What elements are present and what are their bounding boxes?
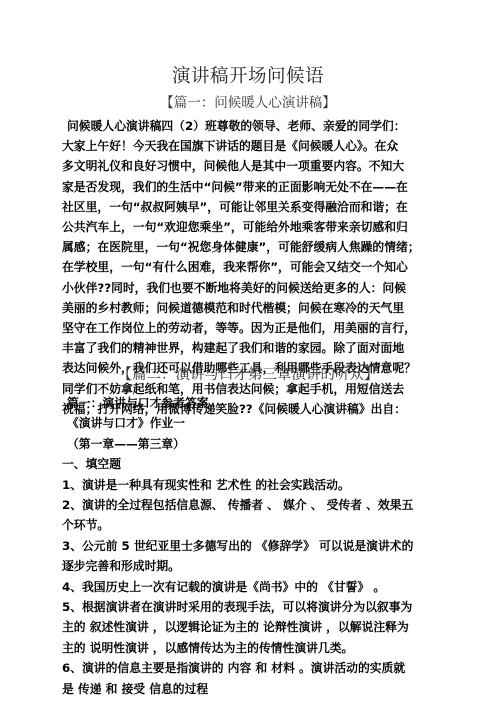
paragraph-line: 大家上午好！今天我在国旗下讲话的题目是《问候暖人心》。在众 [62, 136, 442, 156]
question-line: 个环节。 [62, 515, 442, 535]
document-page: 演讲稿开场问候语 【篇一：问候暖人心演讲稿】 问候暖人心演讲稿四（2）班尊敬的领… [0, 0, 496, 702]
paragraph-line: 公共汽车上，一句“欢迎您乘坐”，可能给外地乘客带来亲切感和归 [62, 217, 442, 237]
subsection-heading: 篇一：演讲与口才参考答案 [62, 393, 442, 413]
question-line: 6、演讲的信息主要是指演讲的 内容 和 材料 。演讲活动的实质就 [62, 658, 442, 678]
question-line: 5、根据演讲者在演讲时采用的表现手法，可以将演讲分为以叙事为 [62, 597, 442, 617]
paragraph-line: 家是否发现，我们的生活中“问候”带来的正面影响无处不在——在 [62, 177, 442, 197]
paragraph-line: 在学校里，一句“有什么困难，我来帮你”，可能会又结交一个知心 [62, 257, 442, 277]
paragraph-line: 小伙伴??同时，我们也要不断地将美好的问候送给更多的人：问候 [62, 278, 442, 298]
question-line: 主的 叙述性演讲 ，以逻辑论证为主的 论辩性演讲 ，以解说注释为 [62, 617, 442, 637]
paragraph-line: 多文明礼仪和良好习惯中，问候他人是其中一项重要内容。不知大 [62, 156, 442, 176]
question-line: 2、演讲的全过程包括信息源、 传播者 、 媒介 、 受传者 、效果五 [62, 495, 442, 515]
question-line: 4、我国历史上一次有记载的演讲是《尚书》中的 《甘誓》 。 [62, 577, 442, 597]
question-line: 是 传递 和 接受 信息的过程 [62, 679, 442, 699]
question-line: 1、演讲是一种具有现实性和 艺术性 的社会实践活动。 [62, 475, 442, 495]
section-heading-2: 【篇二：演讲与口才第三章演讲的听众】 [0, 363, 496, 384]
section-2-body: 篇一：演讲与口才参考答案 《演讲与口才》作业一 （第一章——第三章） 一、填空题… [62, 393, 442, 699]
paragraph-line: 坚守在工作岗位上的劳动者，等等。因为正是他们，用美丽的言行， [62, 318, 442, 338]
question-line: 逐步完善和形成时期。 [62, 556, 442, 576]
question-line: 主的 说明性演讲 ，以感情传达为主的传情性演讲几类。 [62, 638, 442, 658]
subsection-title: 《演讲与口才》作业一 [62, 413, 442, 433]
paragraph-line: 属感；在医院里，一句“祝您身体健康”，可能舒缓病人焦躁的情绪； [62, 237, 442, 257]
paragraph-line: 社区里，一句“叔叔阿姨早”，可能让邻里关系变得融洽而和谐；在 [62, 197, 442, 217]
paragraph-line: 丰富了我们的精神世界，构建起了我们和谐的家园。除了面对面地 [62, 338, 442, 358]
chapter-range: （第一章——第三章） [62, 434, 442, 454]
document-title: 演讲稿开场问候语 [0, 62, 496, 88]
section-heading-1: 【篇一：问候暖人心演讲稿】 [0, 91, 496, 111]
paragraph-line: 美丽的乡村教师；问候道德模范和时代楷模；问候在寒冷的天气里 [62, 298, 442, 318]
question-type-heading: 一、填空题 [62, 454, 442, 474]
question-line: 3、公元前 5 世纪亚里士多德写出的 《修辞学》 可以说是演讲术的 [62, 536, 442, 556]
paragraph-line: 问候暖人心演讲稿四（2）班尊敬的领导、老师、亲爱的同学们： [62, 116, 442, 136]
